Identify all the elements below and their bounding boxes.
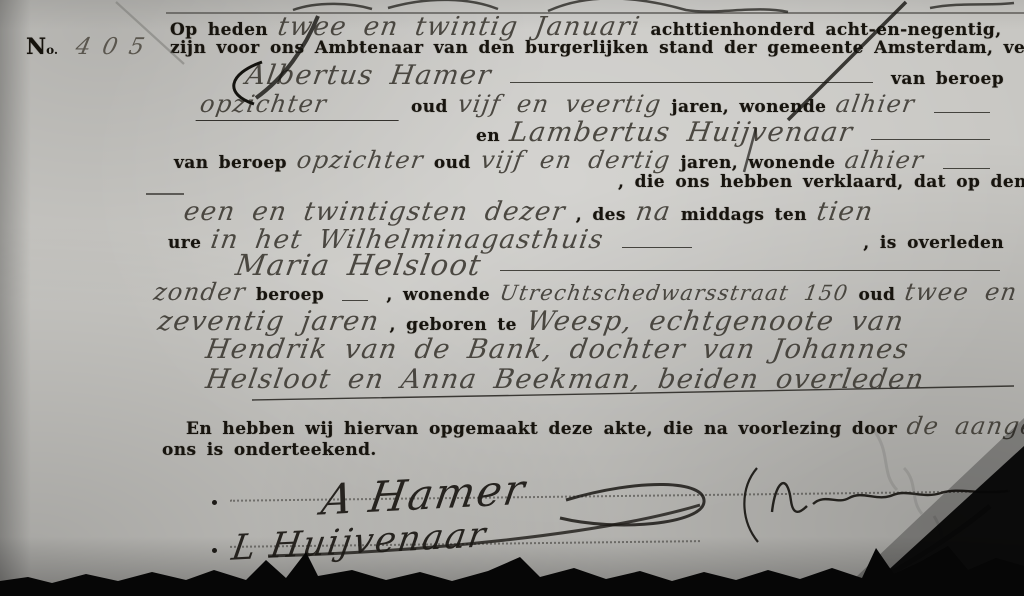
- printed-text: en: [476, 126, 500, 146]
- blank-rule: [934, 111, 990, 113]
- printed-text: beroep: [256, 285, 324, 305]
- handwritten-text: vijf en dertig: [478, 146, 672, 174]
- printed-text: , wonende: [386, 285, 490, 305]
- handwritten-text: Utrechtschedwarsstraat 150: [498, 281, 850, 305]
- family-line-1: Hendrik van de Bank, dochter van Johanne…: [206, 334, 909, 364]
- handwritten-text: tien: [815, 197, 876, 227]
- printed-text: Op heden: [170, 20, 268, 40]
- blank-rule: [342, 299, 368, 301]
- printed-text: , die ons hebben verklaard, dat op den: [618, 172, 1024, 192]
- number-label-sup: o.: [46, 43, 58, 57]
- printed-text: van beroep: [891, 69, 1004, 89]
- blank-rule: [510, 81, 873, 83]
- printed-text: zijn voor ons Ambtenaar van den burgerli…: [170, 38, 1024, 58]
- blank-rule: [871, 138, 990, 140]
- closing-line-1: En hebben wij hiervan opgemaakt deze akt…: [186, 412, 1008, 442]
- registration-number: No. 405: [26, 34, 156, 60]
- handwritten-text: zonder: [152, 278, 248, 306]
- declarant2-name: enLambertus Huijvenaar: [476, 117, 998, 147]
- printed-text: middags ten: [681, 205, 807, 225]
- handwritten-text: na: [633, 197, 673, 227]
- declarant1-details: opzichteroudvijf en veertigjaren, wonend…: [198, 90, 998, 120]
- signature-dot-2: [212, 548, 217, 553]
- printed-text: , geboren te: [390, 315, 517, 335]
- scanned-death-certificate: No. 405 Op hedentwee en twintig Januaria…: [0, 0, 1024, 596]
- printed-text: , des: [576, 205, 626, 225]
- handwritten-text: alhier: [843, 146, 927, 174]
- handwritten-text: alhier: [834, 90, 918, 118]
- handwritten-text: Helsloot en Anna Beekman, beiden overled…: [204, 364, 927, 395]
- handwritten-text: opzichter: [196, 90, 404, 121]
- handwritten-text: Lambertus Huijvenaar: [508, 117, 856, 148]
- death-date-line: een en twintigsten dezer, desnamiddags t…: [184, 197, 874, 227]
- handwritten-text: zeventig jaren: [156, 306, 382, 337]
- handwritten-text: een en twintigsten dezer: [182, 197, 568, 227]
- printed-text: van beroep: [174, 153, 287, 173]
- handwritten-text: Maria Helsloot: [233, 248, 484, 282]
- handwritten-text: vijf en veertig: [456, 90, 664, 118]
- printed-text: achttienhonderd acht-en-negentig,: [651, 20, 1002, 40]
- deceased-details-2: zeventig jaren, geboren teWeesp, echtgen…: [158, 306, 1004, 336]
- closing-line-2: ons is onderteekend.: [162, 440, 377, 470]
- handwritten-text: Albertus Hamer: [244, 60, 495, 91]
- blank-rule: [500, 269, 1000, 271]
- printed-text: ons is onderteekend.: [162, 440, 377, 460]
- handwritten-text: twee en: [903, 278, 1020, 306]
- printed-text: oud: [859, 285, 896, 305]
- printed-text: ure: [168, 233, 201, 253]
- handwritten-text: Weesp, echtgenoote van: [524, 306, 906, 337]
- handwritten-text: Hendrik van de Bank, dochter van Johanne…: [204, 334, 912, 365]
- handwritten-text: de aangevers en: [905, 412, 1024, 440]
- printed-text: oud: [411, 97, 448, 117]
- printed-text: jaren, wonende: [671, 97, 826, 117]
- printed-text: oud: [434, 153, 471, 173]
- blank-rule: [943, 167, 990, 169]
- printed-text: jaren, wonende: [680, 153, 835, 173]
- handwritten-text: opzichter: [295, 146, 426, 174]
- printed-text: En hebben wij hiervan opgemaakt deze akt…: [186, 419, 897, 439]
- deceased-details-1: zonderberoep, wonendeUtrechtschedwarsstr…: [154, 278, 1018, 308]
- act-number-value: 405: [73, 34, 158, 60]
- family-line-2: Helsloot en Anna Beekman, beiden overled…: [206, 364, 925, 394]
- signature-dot-1: [212, 500, 217, 505]
- deceased-name-line: Maria Helsloot: [236, 248, 1008, 278]
- number-label: N: [26, 34, 46, 60]
- declarant1-name: Albertus Hamervan beroep: [246, 60, 1004, 90]
